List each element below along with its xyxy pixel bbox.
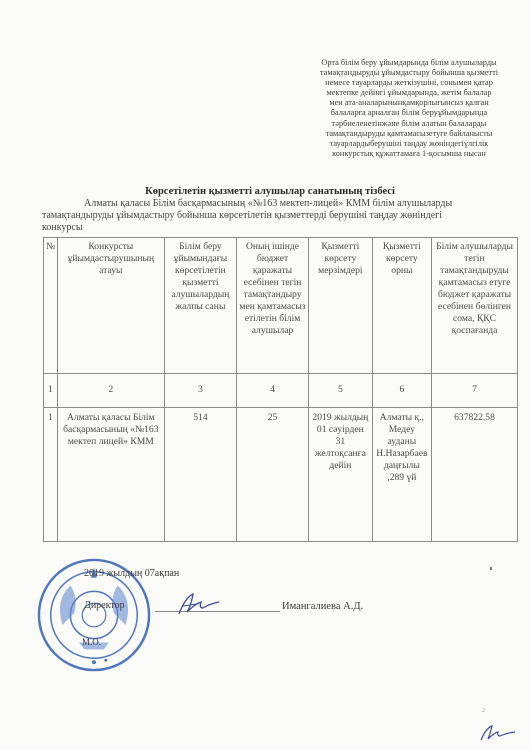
subtitle-line: Алматы қаласы Білім басқармасының «№163 … bbox=[42, 198, 522, 210]
annex-line: тамақтандыруды қамтамасызетуге байланыст… bbox=[300, 129, 518, 139]
column-number: 5 bbox=[309, 374, 373, 408]
header-organizer: Конкурсты ұйымдастырушының атауы bbox=[57, 238, 164, 374]
signatory-position: Директор bbox=[84, 600, 125, 611]
annex-line: мектепке дейінгі ұйымдарында, жетім бала… bbox=[300, 88, 518, 98]
cell-free-meal-recipients: 25 bbox=[236, 408, 308, 542]
column-number: 7 bbox=[432, 374, 518, 408]
annex-note: Орта білім беру ұйымдарында білім алушыл… bbox=[300, 58, 518, 159]
cell-organizer: Алматы қаласы Білім басқармасының «№163 … bbox=[57, 408, 164, 542]
column-number-row: 1 2 3 4 5 6 7 bbox=[44, 374, 518, 408]
cell-budget-amount: 637822.58 bbox=[432, 408, 518, 542]
header-total-recipients: Білім беру ұйымындағы көрсетілетін қызме… bbox=[164, 238, 236, 374]
document-title: Көрсетілетін қызметті алушылар санатының… bbox=[20, 186, 520, 197]
initial-signature-icon bbox=[478, 722, 518, 744]
header-budget-amount: Білім алушыларды тегін тамақтандыруды қа… bbox=[432, 238, 518, 374]
annex-line: тәрбиеленетінжәне білім алатын балаларды bbox=[300, 119, 518, 129]
table-row: 1 Алматы қаласы Білім басқармасының «№16… bbox=[44, 408, 518, 542]
header-service-location: Қызметті көрсету орны bbox=[372, 238, 431, 374]
subtitle-line: конкурсы bbox=[42, 222, 522, 234]
column-number: 1 bbox=[44, 374, 58, 408]
signature-date: 2019 жылдың 07ақпан bbox=[84, 568, 179, 579]
table-header-row: № Конкурсты ұйымдастырушының атауы Білім… bbox=[44, 238, 518, 374]
cell-service-period: 2019 жылдың 01 сәуірден 31 желтоқсанға д… bbox=[309, 408, 373, 542]
document-subtitle: Алматы қаласы Білім басқармасының «№163 … bbox=[42, 198, 522, 234]
signatory-name: Имангалиева А.Д. bbox=[282, 601, 363, 612]
annex-line: тауарлардыберушіні таңдау жөніндегіүлгіл… bbox=[300, 139, 518, 149]
annex-line: конкурстық құжаттамаға 1-қосымша нысан bbox=[300, 149, 518, 159]
handwritten-signature-icon bbox=[175, 590, 225, 618]
column-number: 3 bbox=[164, 374, 236, 408]
header-free-meal-recipients: Оның ішінде бюджет қаражаты есебінен тег… bbox=[236, 238, 308, 374]
column-number: 2 bbox=[57, 374, 164, 408]
column-number: 6 bbox=[372, 374, 431, 408]
subtitle-line: тамақтандыруды ұйымдастыру бойынша көрсе… bbox=[42, 210, 522, 222]
annex-line: Орта білім беру ұйымдарында білім алушыл… bbox=[300, 58, 518, 68]
annex-line: немесе тауарларды жеткізушіні, сонымен қ… bbox=[300, 78, 518, 88]
cell-total-recipients: 514 bbox=[164, 408, 236, 542]
header-service-period: Қызметті көрсету мерзімдері bbox=[309, 238, 373, 374]
annex-line: тамақтандыруды ұйымдастыру бойынша қызме… bbox=[300, 68, 518, 78]
header-number: № bbox=[44, 238, 58, 374]
annex-line: мен ата-аналарынынқамқорлығынсыз қалған bbox=[300, 98, 518, 108]
cell-number: 1 bbox=[44, 408, 58, 542]
cell-service-location: Алматы қ., Медеу ауданы Н.Назарбаев даңғ… bbox=[372, 408, 431, 542]
scan-speck bbox=[490, 567, 492, 570]
annex-line: балаларға арналған білім беруұйымдарында bbox=[300, 108, 518, 118]
seal-place-label: М.О. bbox=[82, 637, 101, 647]
recipients-table: № Конкурсты ұйымдастырушының атауы Білім… bbox=[43, 237, 518, 542]
page-mark: 2 bbox=[482, 708, 485, 714]
column-number: 4 bbox=[236, 374, 308, 408]
